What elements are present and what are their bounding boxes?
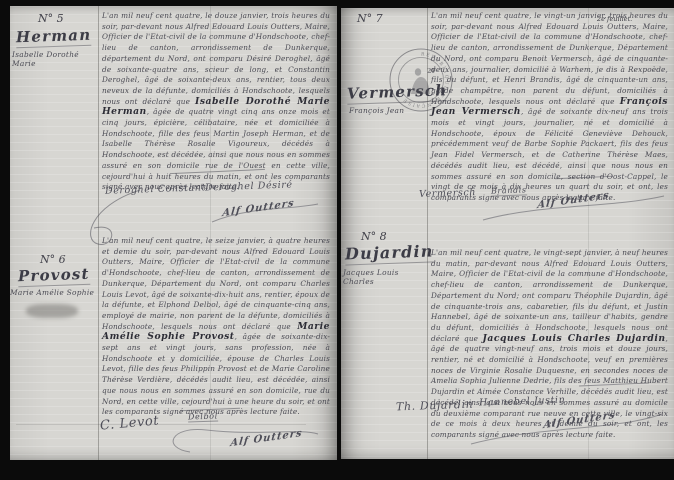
act-text: L'an mil neuf cent quatre, le douze janv… [102, 11, 330, 106]
signature: Vermersch [419, 181, 476, 200]
act-number: N° 8 [361, 230, 387, 243]
register-photo: N° 5 Herman Isabelle Dorothé Marie L'an … [0, 0, 674, 480]
margin-given-names: Isabelle Dorothé Marie [12, 50, 102, 68]
act-number: N° 7 [357, 12, 383, 25]
act-text: L'an mil neuf cent quatre, le vingt-sept… [431, 248, 668, 343]
signature: Hannebel Justin [479, 389, 565, 408]
stamp-figure-body [411, 77, 430, 94]
act-body: L'an mil neuf cent quatre, le douze janv… [102, 11, 330, 193]
signature: Th. Dujardin [396, 394, 473, 413]
paraph-flourish [481, 194, 666, 222]
act-text: L'an mil neuf cent quatre, le seize janv… [102, 236, 330, 331]
signature: C. Levot [100, 412, 159, 431]
margin-surname: Herman [16, 26, 91, 47]
right-page: 2e feuillet. N° 7 Vermersch François Jea… [341, 8, 674, 459]
stamp-figure-head [415, 68, 421, 76]
margin-surname: Dujardin [345, 243, 434, 264]
left-page: N° 5 Herman Isabelle Dorothé Marie L'an … [10, 6, 337, 460]
signature-flourish [160, 420, 320, 454]
act-number: N° 5 [38, 12, 64, 25]
margin-given-names: Jacques Louis Charles [343, 268, 431, 286]
signature: Deroghel Désiré [205, 174, 293, 193]
margin-surname: Provost [18, 265, 90, 286]
paraph-flourish [210, 202, 320, 224]
act-body: L'an mil neuf cent quatre, le vingt-un j… [431, 11, 668, 204]
margin-given-names: Marie Amélie Sophie [10, 288, 102, 297]
act-text: L'an mil neuf cent quatre, le vingt-un j… [431, 11, 668, 106]
paraph-flourish [469, 412, 664, 446]
act-body: L'an mil neuf cent quatre, le seize janv… [102, 236, 330, 418]
pencil-smudge [26, 304, 78, 318]
deceased-name: Jacques Louis Charles Dujardin [483, 333, 666, 344]
